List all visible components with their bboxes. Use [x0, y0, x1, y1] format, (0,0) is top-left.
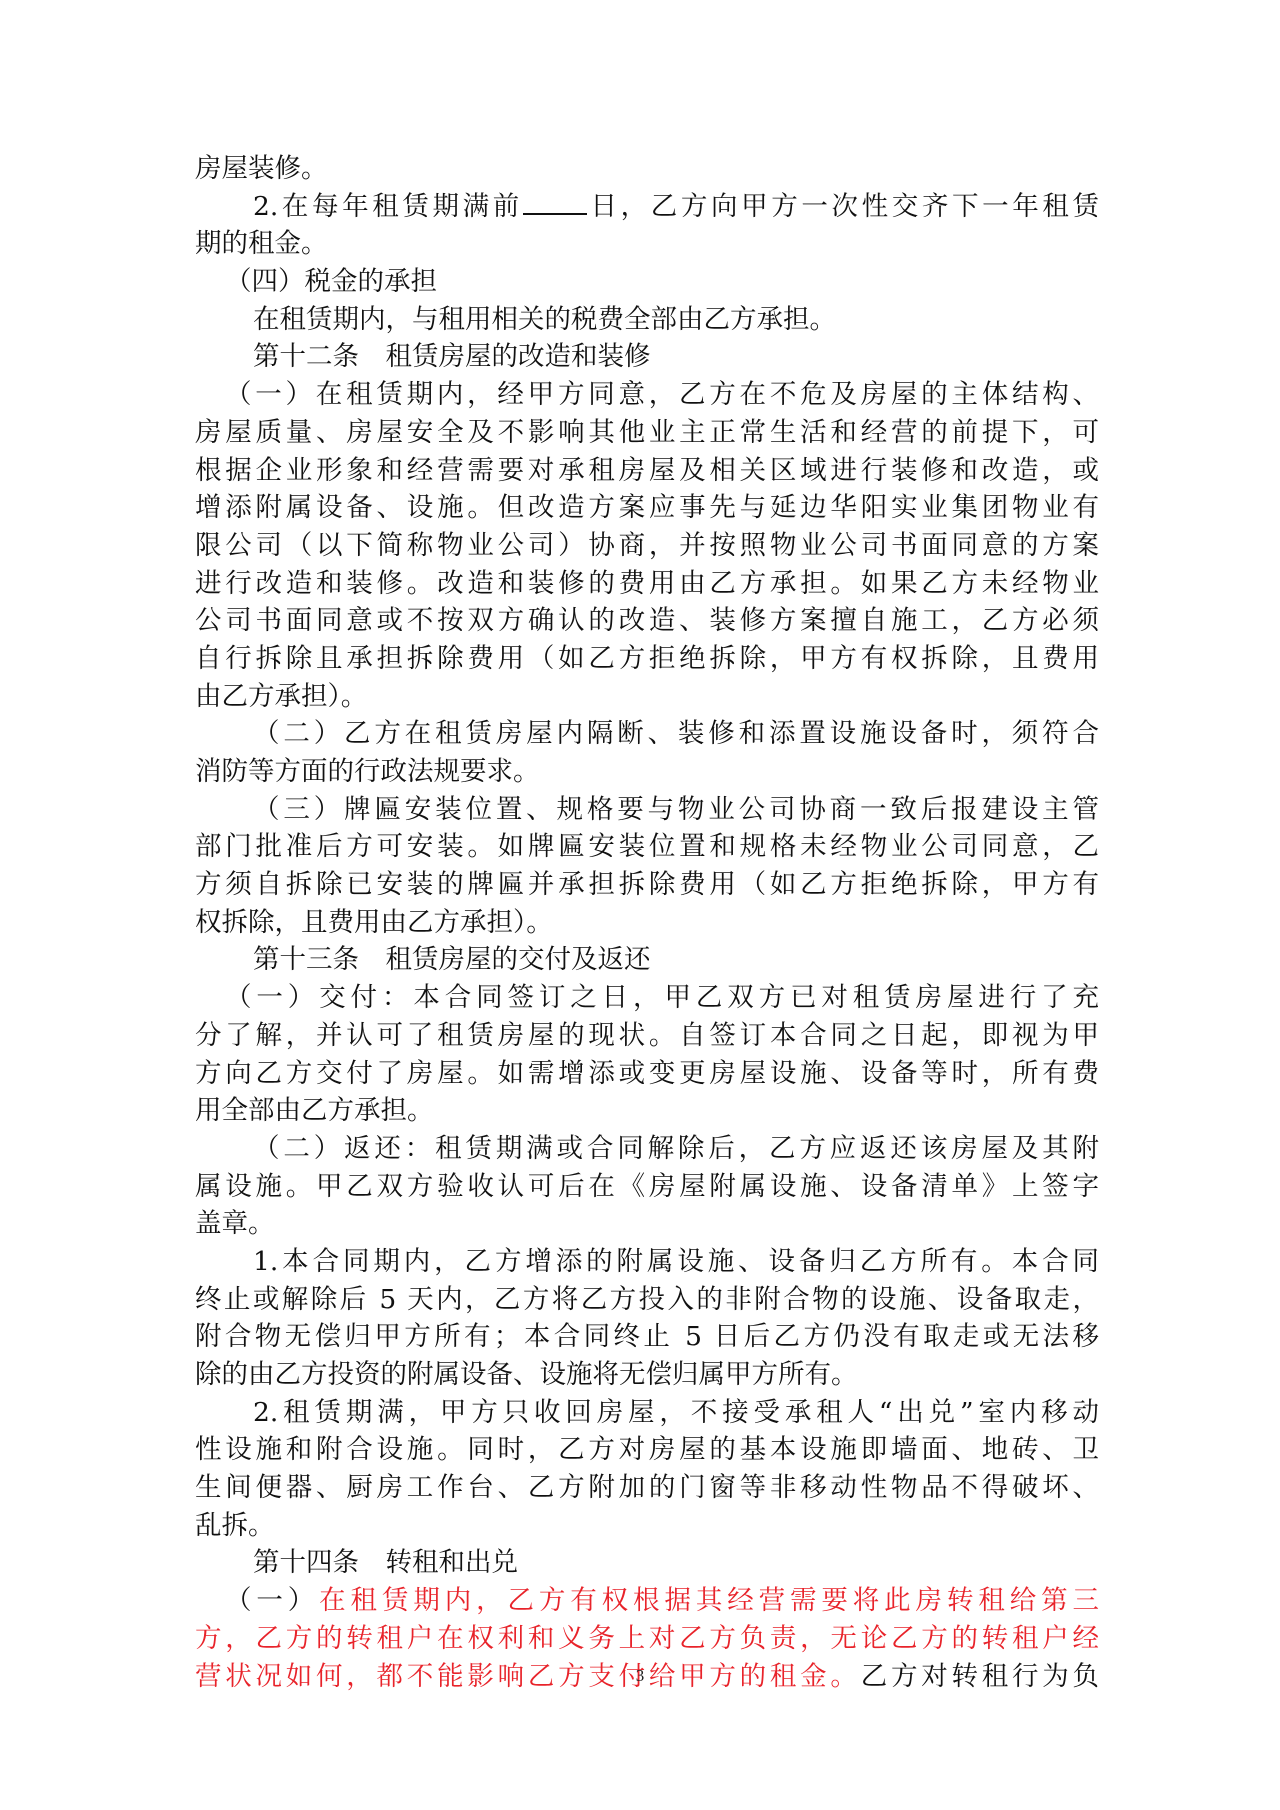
- line-text: 自行拆除且承担拆除费用（如乙方拒绝拆除，甲方有权拆除，且费用: [195, 643, 1099, 674]
- text-line: 1.本合同期内，乙方增添的附属设施、设备归乙方所有。本合同: [195, 1243, 1099, 1281]
- line-text: （二）返还：租赁期满或合同解除后，乙方应返还该房屋及其附: [253, 1133, 1099, 1164]
- text-line: （三）牌匾安装位置、规格要与物业公司协商一致后报建设主管: [195, 791, 1099, 829]
- text-line: 方须自拆除已安装的牌匾并承担拆除费用（如乙方拒绝拆除，甲方有: [195, 866, 1099, 904]
- line-text: 分了解，并认可了租赁房屋的现状。自签订本合同之日起，即视为甲: [195, 1020, 1099, 1051]
- text-line: 属设施。甲乙双方验收认可后在《房屋附属设施、设备清单》上签字: [195, 1168, 1099, 1206]
- text-line: 第十三条 租赁房屋的交付及返还: [195, 941, 1099, 979]
- text-line: 期的租金。: [195, 225, 1099, 263]
- text-line: 根据企业形象和经营需要对承租房屋及相关区域进行装修和改造，或: [195, 452, 1099, 490]
- line-text: 公司书面同意或不按双方确认的改造、装修方案擅自施工，乙方必须: [195, 605, 1099, 636]
- line-text: 乱拆。: [195, 1510, 275, 1541]
- text-line: 房屋质量、房屋安全及不影响其他业主正常生活和经营的前提下，可: [195, 414, 1099, 452]
- line-text: 期的租金。: [195, 228, 328, 259]
- line-text: 生间便器、厨房工作台、乙方附加的门窗等非移动性物品不得破坏、: [195, 1472, 1099, 1503]
- line-text: 性设施和附合设施。同时，乙方对房屋的基本设施即墙面、地砖、卫: [195, 1434, 1099, 1465]
- line-text: 属设施。甲乙双方验收认可后在《房屋附属设施、设备清单》上签字: [195, 1171, 1099, 1202]
- text-line: 由乙方承担）。: [195, 678, 1099, 716]
- text-line: 乱拆。: [195, 1507, 1099, 1545]
- line-prefix: 2.在每年租赁期满前: [253, 191, 523, 222]
- line-text: 在租赁期内，与租用相关的税费全部由乙方承担。: [253, 304, 836, 335]
- line-text: 消防等方面的行政法规要求。: [195, 756, 540, 787]
- line-text: 方向乙方交付了房屋。如需增添或变更房屋设施、设备等时，所有费: [195, 1058, 1099, 1089]
- text-line: 除的由乙方投资的附属设备、设施将无偿归属甲方所有。: [195, 1356, 1099, 1394]
- text-line: 增添附属设备、设施。但改造方案应事先与延边华阳实业集团物业有: [195, 489, 1099, 527]
- line-text: 部门批准后方可安装。如牌匾安装位置和规格未经物业公司同意，乙: [195, 831, 1099, 862]
- line-text: （一）在租赁期内，经甲方同意，乙方在不危及房屋的主体结构、: [225, 379, 1099, 410]
- line-text: 除的由乙方投资的附属设备、设施将无偿归属甲方所有。: [195, 1359, 858, 1390]
- line-text: 终止或解除后 5 天内，乙方将乙方投入的非附合物的设施、设备取走，: [195, 1284, 1099, 1315]
- text-line: 第十二条 租赁房屋的改造和装修: [195, 338, 1099, 376]
- highlighted-text: 方，乙方的转租户在权利和义务上对乙方负责，无论乙方的转租户经: [195, 1623, 1099, 1654]
- text-line: 方向乙方交付了房屋。如需增添或变更房屋设施、设备等时，所有费: [195, 1055, 1099, 1093]
- line-text: （二）乙方在租赁房屋内隔断、装修和添置设施设备时，须符合: [253, 718, 1099, 749]
- line-suffix: 日，乙方向甲方一次性交齐下一年租赁: [587, 191, 1099, 222]
- line-text: （三）牌匾安装位置、规格要与物业公司协商一致后报建设主管: [253, 794, 1099, 825]
- line-text: 限公司（以下简称物业公司）协商，并按照物业公司书面同意的方案: [195, 530, 1099, 561]
- text-line: （一）在租赁期内，经甲方同意，乙方在不危及房屋的主体结构、: [195, 376, 1099, 414]
- text-line: 盖章。: [195, 1205, 1099, 1243]
- line-text: 进行改造和装修。改造和装修的费用由乙方承担。如果乙方未经物业: [195, 568, 1099, 599]
- line-text: 根据企业形象和经营需要对承租房屋及相关区域进行装修和改造，或: [195, 455, 1099, 486]
- text-line: 2.租赁期满，甲方只收回房屋，不接受承租人“出兑”室内移动: [195, 1394, 1099, 1432]
- line-text: 增添附属设备、设施。但改造方案应事先与延边华阳实业集团物业有: [195, 492, 1099, 523]
- text-line: 终止或解除后 5 天内，乙方将乙方投入的非附合物的设施、设备取走，: [195, 1281, 1099, 1319]
- fill-in-blank: [523, 191, 587, 215]
- line-text: 附合物无偿归甲方所有；本合同终止 5 日后乙方仍没有取走或无法移: [195, 1321, 1099, 1352]
- text-line: 在租赁期内，与租用相关的税费全部由乙方承担。: [195, 301, 1099, 339]
- text-line: 用全部由乙方承担。: [195, 1092, 1099, 1130]
- text-line: （一）在租赁期内，乙方有权根据其经营需要将此房转租给第三: [195, 1582, 1099, 1620]
- text-line: 2.在每年租赁期满前日，乙方向甲方一次性交齐下一年租赁: [195, 188, 1099, 226]
- text-line: 第十四条 转租和出兑: [195, 1544, 1099, 1582]
- line-text: 第十四条 转租和出兑: [253, 1547, 518, 1578]
- text-line: 房屋装修。: [195, 150, 1099, 188]
- text-line: 部门批准后方可安装。如牌匾安装位置和规格未经物业公司同意，乙: [195, 828, 1099, 866]
- line-text: 权拆除，且费用由乙方承担）。: [195, 907, 553, 938]
- text-line: 自行拆除且承担拆除费用（如乙方拒绝拆除，甲方有权拆除，且费用: [195, 640, 1099, 678]
- text-line: 限公司（以下简称物业公司）协商，并按照物业公司书面同意的方案: [195, 527, 1099, 565]
- text-line: 生间便器、厨房工作台、乙方附加的门窗等非移动性物品不得破坏、: [195, 1469, 1099, 1507]
- line-text: 由乙方承担）。: [195, 681, 367, 712]
- text-line: 权拆除，且费用由乙方承担）。: [195, 904, 1099, 942]
- text-line: （二）返还：租赁期满或合同解除后，乙方应返还该房屋及其附: [195, 1130, 1099, 1168]
- line-text: 房屋质量、房屋安全及不影响其他业主正常生活和经营的前提下，可: [195, 417, 1099, 448]
- text-line: 方，乙方的转租户在权利和义务上对乙方负责，无论乙方的转租户经: [195, 1620, 1099, 1658]
- line-text: 第十二条 租赁房屋的改造和装修: [253, 341, 651, 372]
- line-text: 方须自拆除已安装的牌匾并承担拆除费用（如乙方拒绝拆除，甲方有: [195, 869, 1099, 900]
- text-line: 附合物无偿归甲方所有；本合同终止 5 日后乙方仍没有取走或无法移: [195, 1318, 1099, 1356]
- text-line: 公司书面同意或不按双方确认的改造、装修方案擅自施工，乙方必须: [195, 602, 1099, 640]
- text-line: 消防等方面的行政法规要求。: [195, 753, 1099, 791]
- text-line: 性设施和附合设施。同时，乙方对房屋的基本设施即墙面、地砖、卫: [195, 1431, 1099, 1469]
- page-number: 3: [0, 1666, 1280, 1686]
- line-text: 第十三条 租赁房屋的交付及返还: [253, 944, 651, 975]
- highlighted-text: 在租赁期内，乙方有权根据其经营需要将此房转租给第三: [319, 1585, 1099, 1616]
- line-text: 盖章。: [195, 1208, 275, 1239]
- text-line: 分了解，并认可了租赁房屋的现状。自签订本合同之日起，即视为甲: [195, 1017, 1099, 1055]
- text-line: （一）交付：本合同签订之日，甲乙双方已对租赁房屋进行了充: [195, 979, 1099, 1017]
- line-text: 用全部由乙方承担。: [195, 1095, 434, 1126]
- line-text: 房屋装修。: [195, 153, 328, 184]
- line-text: （四）税金的承担: [225, 266, 437, 297]
- line-prefix: （一）: [225, 1585, 319, 1616]
- text-line: 进行改造和装修。改造和装修的费用由乙方承担。如果乙方未经物业: [195, 565, 1099, 603]
- text-line: （二）乙方在租赁房屋内隔断、装修和添置设施设备时，须符合: [195, 715, 1099, 753]
- line-text: 1.本合同期内，乙方增添的附属设施、设备归乙方所有。本合同: [253, 1246, 1099, 1277]
- document-page: 房屋装修。2.在每年租赁期满前日，乙方向甲方一次性交齐下一年租赁期的租金。（四）…: [0, 0, 1280, 1810]
- text-line: （四）税金的承担: [195, 263, 1099, 301]
- document-body: 房屋装修。2.在每年租赁期满前日，乙方向甲方一次性交齐下一年租赁期的租金。（四）…: [195, 150, 1099, 1695]
- line-text: （一）交付：本合同签订之日，甲乙双方已对租赁房屋进行了充: [225, 982, 1099, 1013]
- line-text: 2.租赁期满，甲方只收回房屋，不接受承租人“出兑”室内移动: [253, 1397, 1099, 1428]
